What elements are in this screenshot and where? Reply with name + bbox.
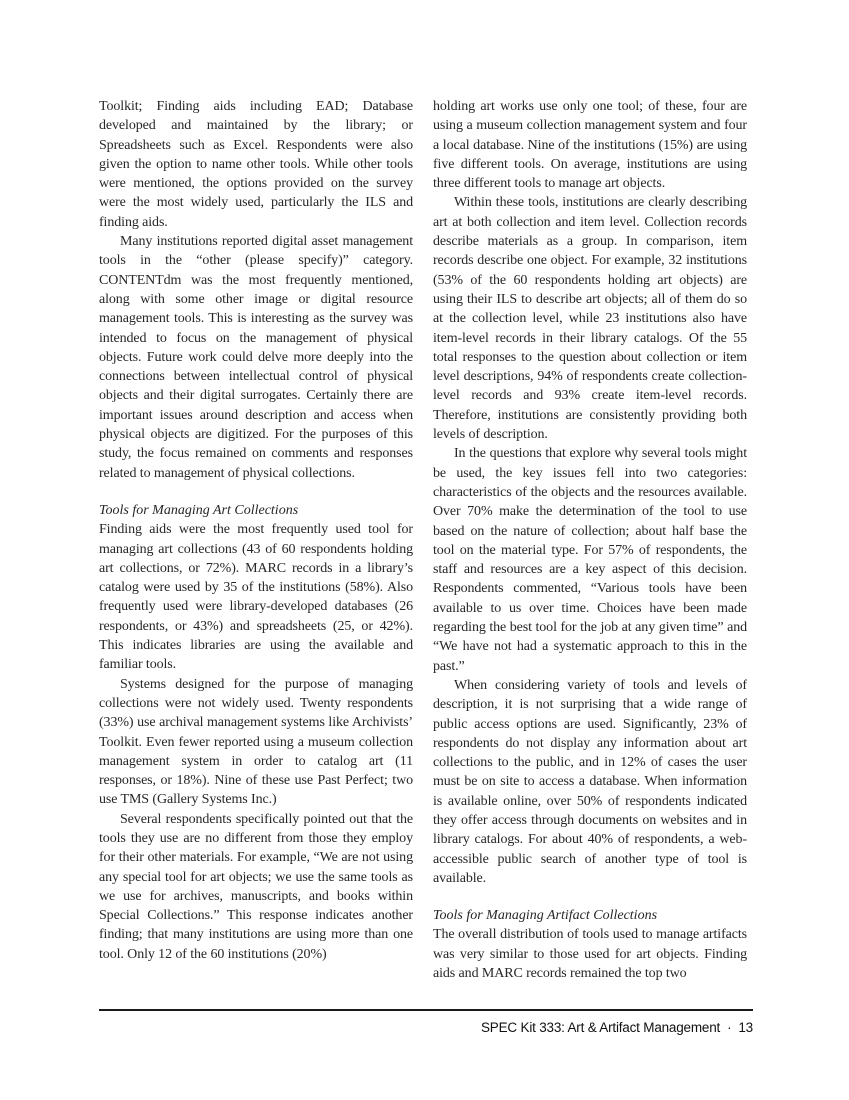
paragraph-continued: Toolkit; Finding aids including EAD; Dat…: [99, 97, 413, 232]
footer-divider: [99, 1009, 753, 1011]
paragraph: When considering variety of tools and le…: [433, 676, 747, 888]
page-footer: SPEC Kit 333: Art & Artifact Management·…: [481, 1020, 753, 1035]
paragraph: Several respondents specifically pointed…: [99, 810, 413, 964]
left-column: Toolkit; Finding aids including EAD; Dat…: [99, 97, 413, 983]
section-heading-artifact-collections: Tools for Managing Artifact Collections: [433, 906, 747, 925]
page-content: Toolkit; Finding aids including EAD; Dat…: [99, 97, 748, 983]
running-title: SPEC Kit 333: Art & Artifact Management: [481, 1020, 720, 1035]
paragraph: Many institutions reported digital asset…: [99, 232, 413, 483]
paragraph: In the questions that explore why severa…: [433, 444, 747, 676]
paragraph: Within these tools, institutions are cle…: [433, 193, 747, 444]
right-column: holding art works use only one tool; of …: [433, 97, 747, 983]
paragraph-continued: holding art works use only one tool; of …: [433, 97, 747, 193]
document-page: Toolkit; Finding aids including EAD; Dat…: [0, 0, 849, 1100]
footer-separator: ·: [727, 1020, 731, 1035]
paragraph: The overall distribution of tools used t…: [433, 925, 747, 983]
paragraph: Systems designed for the purpose of mana…: [99, 675, 413, 810]
paragraph: Finding aids were the most frequently us…: [99, 520, 413, 674]
section-heading-art-collections: Tools for Managing Art Collections: [99, 501, 413, 520]
page-number: 13: [738, 1020, 753, 1035]
